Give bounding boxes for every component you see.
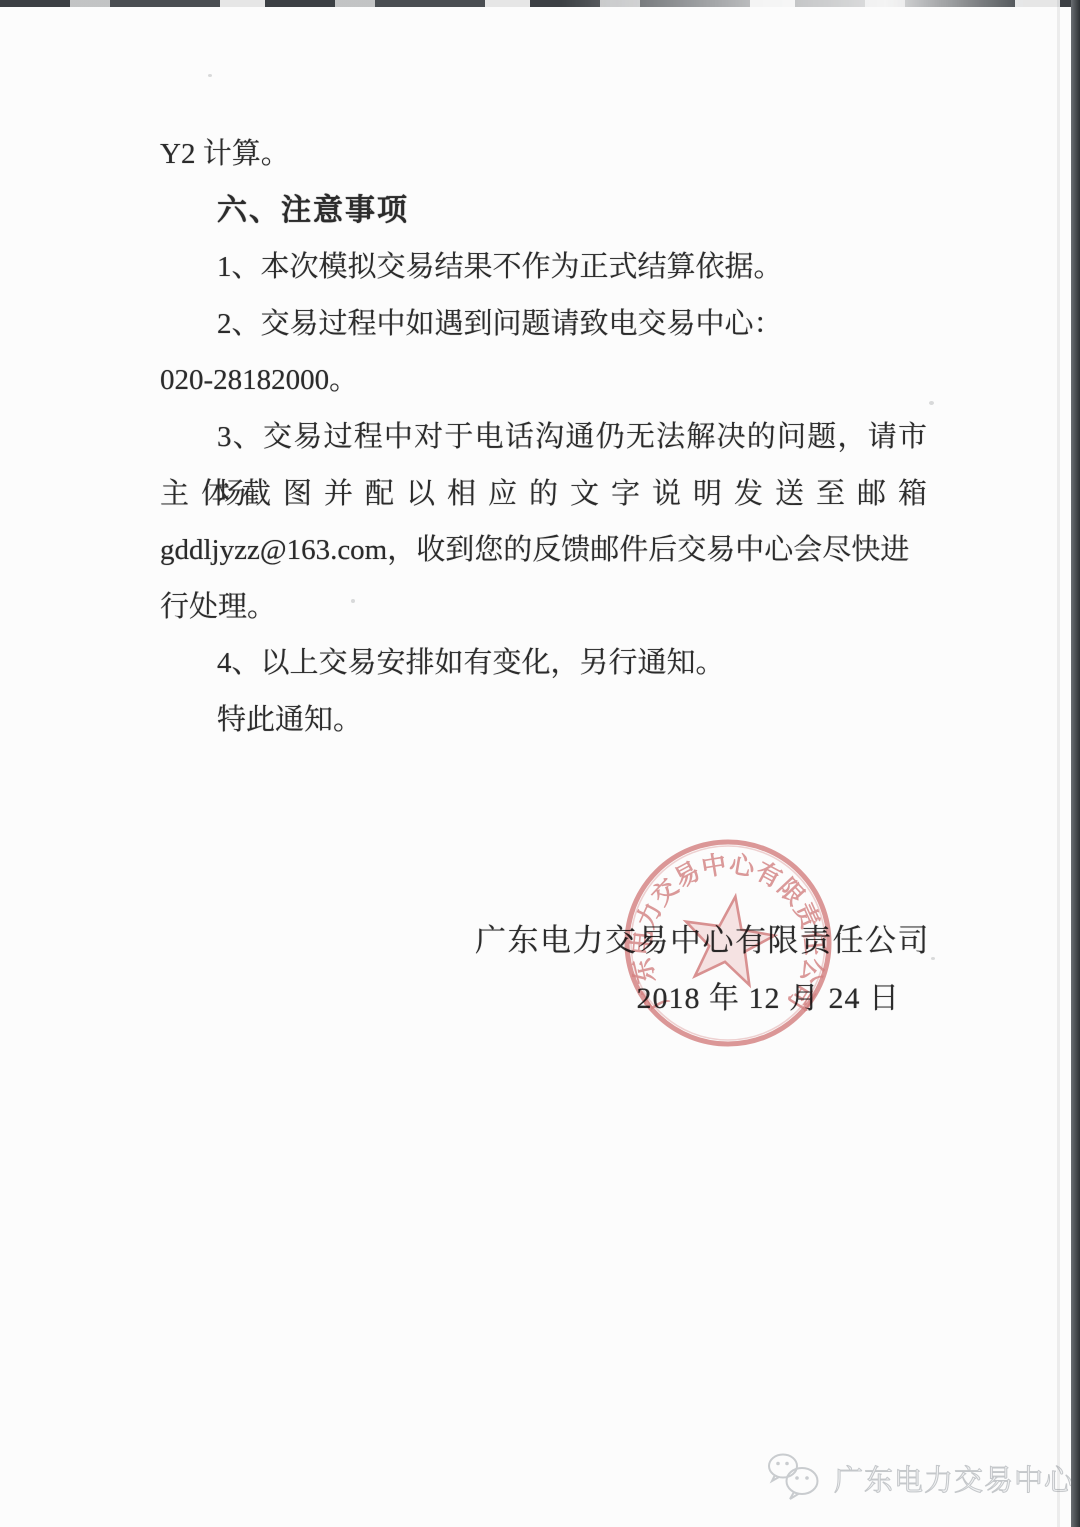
text-line: gddljyzz@163.com，收到您的反馈邮件后交易中心会尽快进 bbox=[160, 522, 927, 579]
watermark-footer: 广东电力交易中心 bbox=[766, 1452, 1074, 1504]
scanned-notice-page: Y2 计算。六、注意事项1、本次模拟交易结果不作为正式结算依据。2、交易过程中如… bbox=[0, 0, 1080, 1527]
wechat-icon bbox=[766, 1452, 824, 1504]
text-line: 3、交易过程中对于电话沟通仍无法解决的问题，请市场 bbox=[160, 409, 927, 466]
text-line: 特此通知。 bbox=[160, 692, 927, 749]
svg-text:中: 中 bbox=[699, 850, 728, 882]
scan-speck bbox=[929, 401, 934, 405]
text-line: 行处理。 bbox=[160, 579, 927, 636]
text-line: 4、以上交易安排如有变化，另行通知。 bbox=[160, 635, 927, 692]
scan-speck bbox=[208, 74, 212, 77]
document-body-lines: Y2 计算。六、注意事项1、本次模拟交易结果不作为正式结算依据。2、交易过程中如… bbox=[160, 126, 927, 749]
watermark-brand-text: 广东电力交易中心 bbox=[834, 1458, 1074, 1499]
text-line: 主体截图并配以相应的文字说明发送至邮箱 bbox=[160, 466, 927, 523]
scan-right-edge-artifact bbox=[1071, 0, 1080, 1527]
text-line: Y2 计算。 bbox=[160, 126, 927, 183]
scan-top-edge-artifact bbox=[0, 0, 1080, 7]
company-seal-stamp: 广东电力交易中心有限责任公司 bbox=[608, 823, 848, 1063]
svg-text:任: 任 bbox=[798, 929, 828, 957]
section-heading: 六、注意事项 bbox=[160, 183, 927, 240]
text-line: 2、交易过程中如遇到问题请致电交易中心： bbox=[160, 296, 927, 353]
svg-text:电: 电 bbox=[627, 929, 657, 957]
scan-speck bbox=[931, 957, 935, 960]
text-line: 020-28182000。 bbox=[160, 352, 927, 409]
text-line: 1、本次模拟交易结果不作为正式结算依据。 bbox=[160, 239, 927, 296]
seal-star-icon bbox=[686, 897, 774, 985]
